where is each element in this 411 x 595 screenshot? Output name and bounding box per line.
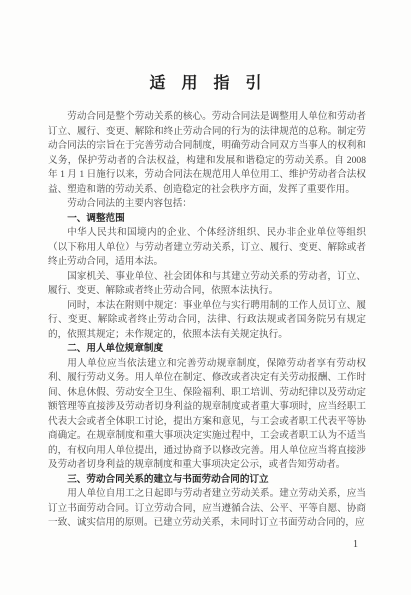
- section-heading: 二、用人单位规章制度: [48, 342, 366, 357]
- document-body: 劳动合同是整个劳动关系的核心。劳动合同法是调整用人单位和劳动者订立、履行、变更、…: [48, 110, 366, 531]
- body-paragraph: 用人单位应当依法建立和完善劳动规章制度，保障劳动者享有劳动权利、履行劳动义务。用…: [48, 357, 366, 473]
- page-number: 1: [48, 539, 358, 550]
- body-paragraph: 同时，本法在附则中规定：事业单位与实行聘用制的工作人员订立、履行、变更、解除或者…: [48, 299, 366, 343]
- page-title: 适 用 指 引: [0, 70, 411, 93]
- body-paragraph: 用人单位自用工之日起即与劳动者建立劳动关系。建立劳动关系，应当订立书面劳动合同。…: [48, 487, 366, 531]
- body-paragraph: 劳动合同法的主要内容包括：: [48, 197, 366, 212]
- body-paragraph: 劳动合同是整个劳动关系的核心。劳动合同法是调整用人单位和劳动者订立、履行、变更、…: [48, 110, 366, 197]
- body-paragraph: 国家机关、事业单位、社会团体和与其建立劳动关系的劳动者，订立、履行、变更、解除或…: [48, 270, 366, 299]
- body-paragraph: 中华人民共和国境内的企业、个体经济组织、民办非企业单位等组织（以下称用人单位）与…: [48, 226, 366, 270]
- section-heading: 三、劳动合同关系的建立与书面劳动合同的订立: [48, 473, 366, 488]
- document-page: 适 用 指 引 劳动合同是整个劳动关系的核心。劳动合同法是调整用人单位和劳动者订…: [0, 0, 411, 595]
- section-heading: 一、调整范围: [48, 212, 366, 227]
